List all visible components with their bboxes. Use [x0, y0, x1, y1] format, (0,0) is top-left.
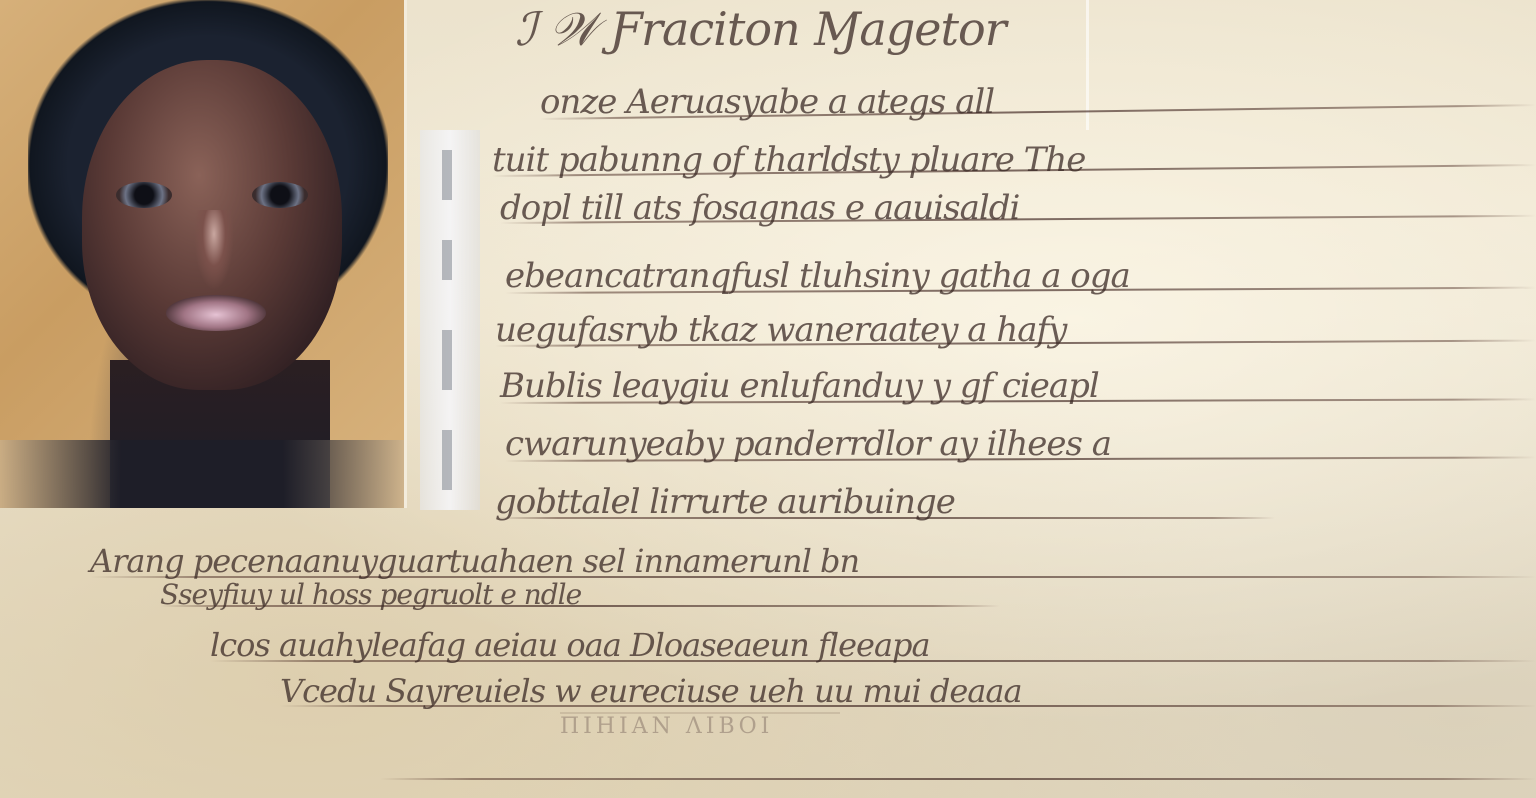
right-eye	[252, 182, 308, 208]
manuscript-line: cwarunyeaby panderrdlor ay ilhees a	[505, 424, 1111, 464]
manuscript-header: ℐ 𝒲 Ƒraciton Ɱagetor	[515, 2, 1006, 58]
strip-mark	[442, 430, 452, 490]
faded-stamp: ΠΙΗΙΑΝ ΛΙΒΟΙ	[560, 712, 840, 748]
lips	[166, 295, 266, 331]
nose	[194, 210, 234, 290]
manuscript-line: Arang pecenaanuyguartuahaen sel innameru…	[90, 542, 859, 580]
strip-mark	[442, 330, 452, 390]
left-eye	[116, 182, 172, 208]
manuscript-line: gobttalel lirrurte auribuinge	[495, 482, 955, 522]
manuscript-line: onze Aeruasyabe a ategs all	[540, 82, 994, 122]
portrait-photo	[0, 0, 407, 508]
manuscript-line: dopl till ats fosagnas e aauisaldi	[500, 188, 1019, 228]
manuscript-line: tuit pabunng of tharldsty pluare The	[492, 140, 1085, 180]
manuscript-line: Vcedu Sayreuiels w eureciuse ueh uu mui …	[280, 672, 1022, 710]
strip-mark	[442, 150, 452, 200]
vertical-paper-strip	[420, 130, 480, 510]
manuscript-line: Bublis leaygiu enlufanduy y gf cieapl	[500, 366, 1099, 406]
manuscript-line: uegufasryb tkaz waneraatey a hafy	[495, 310, 1066, 350]
ink-line	[380, 778, 1536, 780]
portrait-shoulders	[0, 440, 404, 508]
manuscript-line: ebeancatranqfusl tluhsiny gatha a oga	[505, 256, 1130, 296]
strip-mark	[442, 240, 452, 280]
manuscript-line: Sseyfiuy ul hoss pegruolt e ndle	[160, 578, 581, 611]
manuscript-line: lcos auahyleafag aeiau oaa Dloaseaeun fl…	[210, 626, 930, 664]
portrait-face	[82, 60, 342, 390]
